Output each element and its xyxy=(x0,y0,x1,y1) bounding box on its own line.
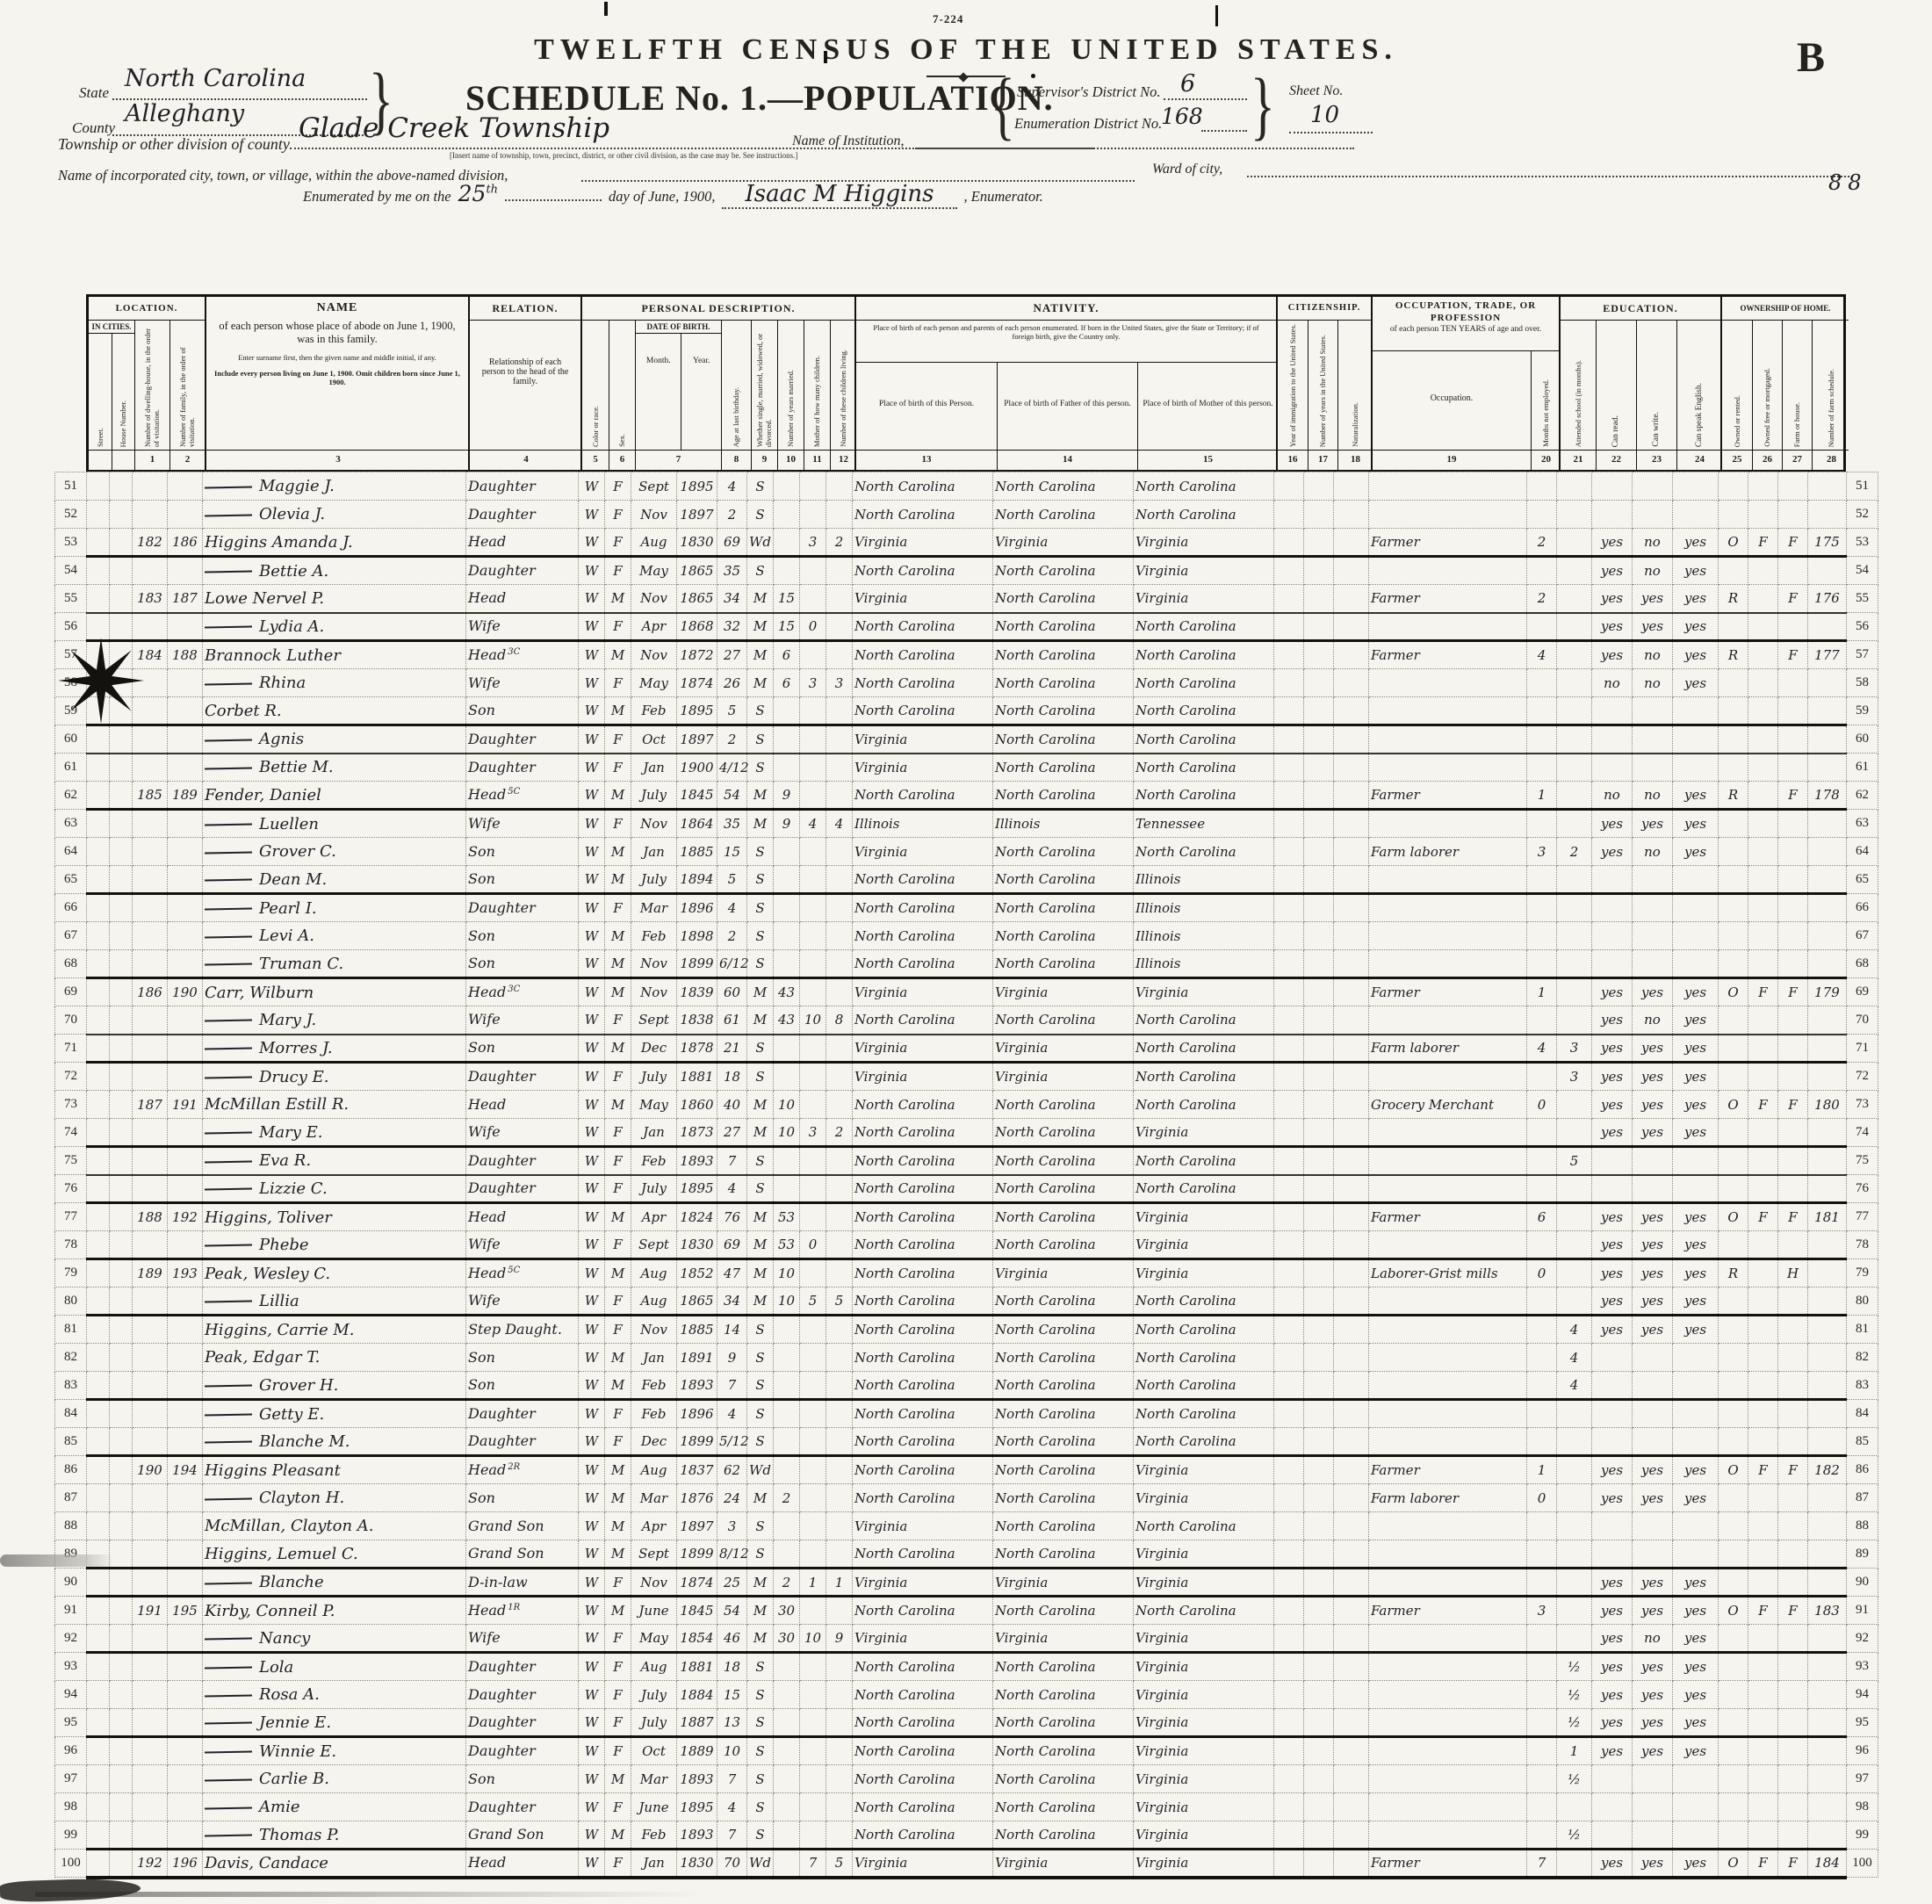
cell-name: Thomas P. xyxy=(203,1821,466,1850)
cell-years-in-us xyxy=(1304,472,1334,501)
table-row: 51Maggie J.DaughterWFSept18954SNorth Car… xyxy=(55,472,1878,501)
table-row: 63LuellenWifeWFNov186435M944IllinoisIlli… xyxy=(55,810,1878,838)
cell-relation: Head xyxy=(466,1203,579,1231)
row-number-right: 72 xyxy=(1847,1063,1878,1091)
cell-birth-month: Sept xyxy=(631,1006,677,1035)
cell-farm-or-house: F xyxy=(1778,641,1808,669)
cell-attended-school xyxy=(1557,472,1592,501)
cell-color-race: W xyxy=(579,472,605,501)
row-number-gutter-left xyxy=(54,294,86,472)
relation-value: Son xyxy=(468,870,495,887)
cell-family-number xyxy=(168,1119,203,1147)
ditto-dash xyxy=(205,847,252,854)
cell-age: 13 xyxy=(717,1709,747,1737)
cell-family-number: 195 xyxy=(168,1597,203,1625)
cell-father-birthplace: Virginia xyxy=(993,978,1134,1006)
cell-farm-or-house xyxy=(1778,1793,1808,1821)
cell-years-married: 10 xyxy=(774,1119,800,1147)
column-header-can-speak-english: Can speak English. xyxy=(1676,321,1722,450)
person-name: Rhina xyxy=(259,674,306,692)
row-number-right: 83 xyxy=(1847,1372,1878,1400)
cell-color-race: W xyxy=(579,725,605,754)
cell-years-married: 9 xyxy=(774,782,800,810)
cell-mother-of-children xyxy=(800,1147,826,1175)
cell-sex: F xyxy=(605,894,631,922)
cell-children-living xyxy=(826,978,853,1006)
cell-years-in-us xyxy=(1304,866,1334,894)
row-number-right: 81 xyxy=(1847,1316,1878,1344)
cell-occupation: Farmer xyxy=(1369,641,1527,669)
cell-name: Drucy E. xyxy=(203,1063,466,1091)
column-number: 19 xyxy=(1373,451,1531,470)
cell-marital-status: S xyxy=(747,1344,774,1372)
cell-owned-rented xyxy=(1719,838,1748,866)
cell-sex: M xyxy=(605,1259,631,1287)
relation-value: Grand Son xyxy=(468,1545,544,1561)
cell-age: 18 xyxy=(717,1063,747,1091)
cell-months-not-employed xyxy=(1527,1765,1557,1793)
cell-attended-school: 3 xyxy=(1557,1063,1592,1091)
cell-years-married xyxy=(774,1709,800,1737)
column-number: 24 xyxy=(1676,451,1722,470)
cell-family-number xyxy=(168,838,203,866)
cell-age: 70 xyxy=(717,1850,747,1878)
relation-value: Daughter xyxy=(468,1152,536,1169)
cell-years-in-us xyxy=(1304,1287,1334,1316)
cell-name: Grover H. xyxy=(203,1372,466,1400)
cell-color-race: W xyxy=(579,1850,605,1878)
cell-birth-month: Nov xyxy=(631,978,677,1006)
cell-family-number xyxy=(168,1035,203,1063)
cell-can-write xyxy=(1633,922,1673,950)
cell-house-number xyxy=(110,1709,133,1737)
cell-can-speak-english xyxy=(1673,1793,1719,1821)
relation-value: Head xyxy=(468,533,506,550)
cell-mother-birthplace: North Carolina xyxy=(1134,1597,1274,1625)
cell-months-not-employed xyxy=(1527,1400,1557,1428)
cell-street xyxy=(87,1850,110,1878)
row-number-right: 63 xyxy=(1847,810,1878,838)
column-header-immigration-year: Year of immigration to the United States… xyxy=(1278,321,1308,450)
cell-farm-schedule xyxy=(1808,1709,1847,1737)
person-name: Fender, Daniel xyxy=(205,786,321,804)
cell-marital-status: S xyxy=(747,725,774,754)
cell-relation: Daughter xyxy=(466,1681,579,1709)
row-number-left: 88 xyxy=(55,1512,87,1540)
cell-can-read: yes xyxy=(1592,1681,1633,1709)
cell-birth-month: Aug xyxy=(631,1287,677,1316)
cell-farm-or-house xyxy=(1778,1709,1808,1737)
cell-attended-school xyxy=(1557,978,1592,1006)
cell-years-in-us xyxy=(1304,754,1334,782)
cell-birth-month: May xyxy=(631,1625,677,1653)
cell-can-speak-english xyxy=(1673,922,1719,950)
relation-value: Son xyxy=(468,1771,495,1787)
cell-age: 8/12 xyxy=(717,1540,747,1569)
row-number-right: 92 xyxy=(1847,1625,1878,1653)
cell-children-living: 1 xyxy=(826,1569,853,1597)
cell-naturalization xyxy=(1334,922,1369,950)
cell-mother-birthplace: North Carolina xyxy=(1134,1091,1274,1119)
in-cities-title: IN CITIES. xyxy=(89,321,134,334)
cell-name: Phebe xyxy=(203,1231,466,1259)
cell-years-in-us xyxy=(1304,1175,1334,1203)
cell-age: 10 xyxy=(717,1737,747,1765)
row-number-left: 74 xyxy=(55,1119,87,1147)
cell-months-not-employed xyxy=(1527,810,1557,838)
cell-mother-birthplace: North Carolina xyxy=(1134,782,1274,810)
cell-dwelling-number xyxy=(133,1625,168,1653)
cell-family-number: 187 xyxy=(168,585,203,613)
cell-birthplace: North Carolina xyxy=(853,1119,993,1147)
cell-attended-school xyxy=(1557,1006,1592,1035)
cell-years-married xyxy=(774,1512,800,1540)
table-row: 72Drucy E.DaughterWFJuly188118SVirginiaV… xyxy=(55,1063,1878,1091)
cell-birth-year: 1889 xyxy=(677,1737,717,1765)
column-number: 16 xyxy=(1278,451,1308,470)
cell-street xyxy=(87,838,110,866)
cell-farm-or-house xyxy=(1778,1063,1808,1091)
cell-marital-status: M xyxy=(747,613,774,641)
cell-owned-rented xyxy=(1719,1821,1748,1850)
cell-years-in-us xyxy=(1304,613,1334,641)
cell-sex: F xyxy=(605,725,631,754)
cell-can-speak-english xyxy=(1673,1372,1719,1400)
cell-years-in-us xyxy=(1304,1147,1334,1175)
relation-value: Wife xyxy=(468,674,501,691)
cell-color-race: W xyxy=(579,669,605,697)
cell-street xyxy=(87,950,110,978)
cell-color-race: W xyxy=(579,1063,605,1091)
cell-can-read: yes xyxy=(1592,1597,1633,1625)
cell-can-write: yes xyxy=(1633,1653,1673,1681)
column-header-months-not-employed: Months not employed. xyxy=(1531,351,1561,450)
cell-immigration-year xyxy=(1274,1119,1304,1147)
cell-years-in-us xyxy=(1304,1316,1334,1344)
cell-can-write: yes xyxy=(1633,1484,1673,1512)
cell-occupation xyxy=(1369,894,1527,922)
township-note: [Insert name of township, town, precinct… xyxy=(450,151,797,160)
cell-sex: F xyxy=(605,501,631,529)
cell-family-number xyxy=(168,1400,203,1428)
cell-birth-month: July xyxy=(631,1063,677,1091)
cell-owned-rented xyxy=(1719,1569,1748,1597)
table-row: 73187191McMillan Estill R.HeadWMMay18604… xyxy=(55,1091,1878,1119)
cell-months-not-employed: 1 xyxy=(1527,1456,1557,1484)
cell-can-read xyxy=(1592,1540,1633,1569)
cell-name: Higgins, Toliver xyxy=(203,1203,466,1231)
cell-family-number: 186 xyxy=(168,529,203,557)
cell-mother-of-children: 10 xyxy=(800,1006,826,1035)
cell-birth-month: Apr xyxy=(631,1203,677,1231)
cell-free-mortgaged: F xyxy=(1748,1203,1778,1231)
person-name: Nancy xyxy=(259,1629,310,1648)
cell-can-speak-english xyxy=(1673,1147,1719,1175)
cell-street xyxy=(87,1709,110,1737)
cell-can-read: yes xyxy=(1592,1850,1633,1878)
cell-months-not-employed xyxy=(1527,1316,1557,1344)
cell-can-write: yes xyxy=(1633,1035,1673,1063)
cell-house-number xyxy=(110,1231,133,1259)
person-name: Higgins Pleasant xyxy=(205,1461,341,1480)
cell-immigration-year xyxy=(1274,1484,1304,1512)
cell-birth-month: Feb xyxy=(631,1147,677,1175)
cell-children-living xyxy=(826,613,853,641)
relation-value: Wife xyxy=(468,815,501,832)
row-number-left: 70 xyxy=(55,1006,87,1035)
cell-color-race: W xyxy=(579,1428,605,1456)
cell-family-number xyxy=(168,1344,203,1372)
cell-relation: Step Daught. xyxy=(466,1316,579,1344)
table-row: 62185189Fender, DanielHead5CWMJuly184554… xyxy=(55,782,1878,810)
column-number: 21 xyxy=(1561,451,1596,470)
cell-birth-year: 1897 xyxy=(677,725,717,754)
cell-free-mortgaged xyxy=(1748,1428,1778,1456)
column-number xyxy=(89,451,112,470)
cell-birth-month: July xyxy=(631,866,677,894)
cell-free-mortgaged xyxy=(1748,1316,1778,1344)
row-number-right: 80 xyxy=(1847,1287,1878,1316)
cell-birthplace: Virginia xyxy=(853,1512,993,1540)
column-header-birthplace: Place of birth of this Person. xyxy=(856,363,997,450)
enumerated-mid: day of June, 1900, xyxy=(609,188,715,206)
cell-family-number xyxy=(168,1287,203,1316)
cell-can-speak-english: yes xyxy=(1673,1653,1719,1681)
ditto-dash xyxy=(205,1185,252,1191)
cell-mother-of-children: 5 xyxy=(800,1287,826,1316)
cell-mother-of-children xyxy=(800,754,826,782)
column-header-mother-birthplace: Place of birth of Mother of this person. xyxy=(1137,363,1278,450)
cell-name: Dean M. xyxy=(203,866,466,894)
row-number-left: 63 xyxy=(55,810,87,838)
cell-dwelling-number xyxy=(133,1484,168,1512)
cell-can-speak-english xyxy=(1673,950,1719,978)
cell-family-number: 188 xyxy=(168,641,203,669)
column-header-sex: Sex. xyxy=(609,321,635,450)
cell-immigration-year xyxy=(1274,754,1304,782)
cell-birthplace: North Carolina xyxy=(853,472,993,501)
cell-color-race: W xyxy=(579,1231,605,1259)
row-number-right: 70 xyxy=(1847,1006,1878,1035)
cell-sex: F xyxy=(605,669,631,697)
cell-children-living xyxy=(826,1681,853,1709)
group-personal-description: PERSONAL DESCRIPTION. Color or race. Sex… xyxy=(580,297,854,470)
row-number-left: 82 xyxy=(55,1344,87,1372)
cell-attended-school: 4 xyxy=(1557,1344,1592,1372)
cell-house-number xyxy=(110,922,133,950)
cell-years-in-us xyxy=(1304,725,1334,754)
cell-can-write xyxy=(1633,1765,1673,1793)
relation-value: Head xyxy=(468,984,506,1000)
cell-months-not-employed: 7 xyxy=(1527,1850,1557,1878)
cell-years-married xyxy=(774,1316,800,1344)
cell-years-in-us xyxy=(1304,1006,1334,1035)
cell-naturalization xyxy=(1334,641,1369,669)
cell-birth-month: Mar xyxy=(631,894,677,922)
person-name: Truman C. xyxy=(259,955,343,973)
cell-attended-school xyxy=(1557,782,1592,810)
cell-age: 9 xyxy=(717,1344,747,1372)
cell-farm-or-house xyxy=(1778,950,1808,978)
cell-color-race: W xyxy=(579,1681,605,1709)
cell-months-not-employed xyxy=(1527,1147,1557,1175)
ward-rule xyxy=(1247,176,1853,177)
cell-naturalization xyxy=(1334,725,1369,754)
cell-owned-rented: O xyxy=(1719,1091,1748,1119)
cell-dwelling-number xyxy=(133,1540,168,1569)
cell-immigration-year xyxy=(1274,1203,1304,1231)
column-number: 6 xyxy=(609,451,635,470)
cell-relation: Wife xyxy=(466,1119,579,1147)
cell-color-race: W xyxy=(579,1147,605,1175)
relation-value: Head xyxy=(468,1208,506,1225)
cell-farm-schedule xyxy=(1808,1287,1847,1316)
cell-can-write xyxy=(1633,725,1673,754)
cell-can-read: yes xyxy=(1592,1456,1633,1484)
cell-mother-of-children xyxy=(800,1540,826,1569)
cell-years-in-us xyxy=(1304,950,1334,978)
column-number: 2 xyxy=(169,451,205,470)
cell-father-birthplace: North Carolina xyxy=(993,866,1134,894)
cell-relation: Head2R xyxy=(466,1456,579,1484)
cell-occupation: Grocery Merchant xyxy=(1369,1091,1527,1119)
person-name: Peak, Wesley C. xyxy=(205,1265,330,1283)
cell-occupation: Farmer xyxy=(1369,1850,1527,1878)
cell-occupation xyxy=(1369,922,1527,950)
cell-house-number xyxy=(110,501,133,529)
cell-name: Morres J. xyxy=(203,1035,466,1063)
cell-farm-or-house xyxy=(1778,613,1808,641)
cell-family-number xyxy=(168,1737,203,1765)
cell-street xyxy=(87,1625,110,1653)
cell-street xyxy=(87,585,110,613)
cell-attended-school xyxy=(1557,1400,1592,1428)
cell-family-number xyxy=(168,1231,203,1259)
cell-dwelling-number xyxy=(133,1709,168,1737)
cell-owned-rented xyxy=(1719,810,1748,838)
cell-attended-school xyxy=(1557,641,1592,669)
cell-house-number xyxy=(110,1625,133,1653)
cell-owned-rented xyxy=(1719,1063,1748,1091)
ditto-dash xyxy=(205,1494,252,1500)
cell-can-speak-english xyxy=(1673,866,1719,894)
cell-street xyxy=(87,1316,110,1344)
cell-marital-status: M xyxy=(747,978,774,1006)
table-row: 83Grover H.SonWMFeb18937SNorth CarolinaN… xyxy=(55,1372,1878,1400)
cell-attended-school: ½ xyxy=(1557,1653,1592,1681)
cell-age: 6/12 xyxy=(717,950,747,978)
cell-years-in-us xyxy=(1304,641,1334,669)
person-name: Bettie M. xyxy=(259,758,334,776)
cell-color-race: W xyxy=(579,1625,605,1653)
cell-father-birthplace: North Carolina xyxy=(993,1597,1134,1625)
cell-farm-schedule: 182 xyxy=(1808,1456,1847,1484)
cell-birth-year: 1893 xyxy=(677,1372,717,1400)
cell-years-in-us xyxy=(1304,1681,1334,1709)
cell-months-not-employed xyxy=(1527,1540,1557,1569)
cell-sex: F xyxy=(605,1625,631,1653)
cell-naturalization xyxy=(1334,1512,1369,1540)
cell-relation: Daughter xyxy=(466,754,579,782)
row-number-right: 57 xyxy=(1847,641,1878,669)
cell-relation: Head xyxy=(466,1091,579,1119)
cell-mother-birthplace: North Carolina xyxy=(1134,1035,1274,1063)
cell-mother-of-children xyxy=(800,1372,826,1400)
relation-value: Daughter xyxy=(468,1742,536,1759)
cell-mother-of-children xyxy=(800,866,826,894)
cell-house-number xyxy=(110,950,133,978)
cell-free-mortgaged: F xyxy=(1748,1597,1778,1625)
row-number-left: 65 xyxy=(55,866,87,894)
enumeration-rule xyxy=(1201,130,1247,132)
cell-mother-of-children xyxy=(800,1793,826,1821)
cell-house-number xyxy=(110,1063,133,1091)
row-number-right: 74 xyxy=(1847,1119,1878,1147)
cell-months-not-employed xyxy=(1527,472,1557,501)
cell-house-number xyxy=(110,894,133,922)
cell-immigration-year xyxy=(1274,641,1304,669)
cell-months-not-employed xyxy=(1527,1821,1557,1850)
table-header: LOCATION. IN CITIES. Street. House Numbe… xyxy=(54,294,1878,472)
cell-mother-birthplace: Virginia xyxy=(1134,1821,1274,1850)
cell-immigration-year xyxy=(1274,1653,1304,1681)
group-relation: RELATION. Relationship of each person to… xyxy=(468,297,580,470)
cell-years-married xyxy=(774,1344,800,1372)
cell-farm-schedule xyxy=(1808,1793,1847,1821)
cell-naturalization xyxy=(1334,529,1369,557)
cell-can-write: yes xyxy=(1633,1597,1673,1625)
cell-can-read xyxy=(1592,922,1633,950)
relation-value: Son xyxy=(468,955,495,971)
cell-occupation: Laborer-Grist mills xyxy=(1369,1259,1527,1287)
cell-birth-month: Dec xyxy=(631,1428,677,1456)
cell-mother-birthplace: Virginia xyxy=(1134,1625,1274,1653)
cell-marital-status: S xyxy=(747,697,774,725)
column-header-can-read: Can read. xyxy=(1596,321,1636,450)
cell-family-number: 194 xyxy=(168,1456,203,1484)
cell-free-mortgaged xyxy=(1748,754,1778,782)
table-row: 100192196Davis, CandaceHeadWFJan183070Wd… xyxy=(55,1850,1878,1878)
cell-mother-of-children: 1 xyxy=(800,1569,826,1597)
cell-attended-school: 5 xyxy=(1557,1147,1592,1175)
cell-relation: Wife xyxy=(466,1287,579,1316)
cell-can-speak-english: yes xyxy=(1673,1709,1719,1737)
cell-farm-or-house xyxy=(1778,1569,1808,1597)
cell-sex: F xyxy=(605,1175,631,1203)
row-number-right: 90 xyxy=(1847,1569,1878,1597)
cell-can-write xyxy=(1633,1400,1673,1428)
row-number-left: 67 xyxy=(55,922,87,950)
person-name: Bettie A. xyxy=(259,562,328,581)
cell-family-number xyxy=(168,725,203,754)
cell-naturalization xyxy=(1334,1231,1369,1259)
cell-can-write: yes xyxy=(1633,585,1673,613)
cell-father-birthplace: Virginia xyxy=(993,529,1134,557)
cell-color-race: W xyxy=(579,529,605,557)
cell-naturalization xyxy=(1334,1119,1369,1147)
row-number-right: 56 xyxy=(1847,613,1878,641)
row-number-right: 59 xyxy=(1847,697,1878,725)
cell-dwelling-number xyxy=(133,754,168,782)
cell-mother-of-children: 0 xyxy=(800,613,826,641)
table-row: 75Eva R.DaughterWFFeb18937SNorth Carolin… xyxy=(55,1147,1878,1175)
row-number-right: 75 xyxy=(1847,1147,1878,1175)
cell-farm-schedule xyxy=(1808,1400,1847,1428)
cell-naturalization xyxy=(1334,754,1369,782)
cell-family-number xyxy=(168,1428,203,1456)
cell-years-married xyxy=(774,1372,800,1400)
cell-house-number xyxy=(110,782,133,810)
